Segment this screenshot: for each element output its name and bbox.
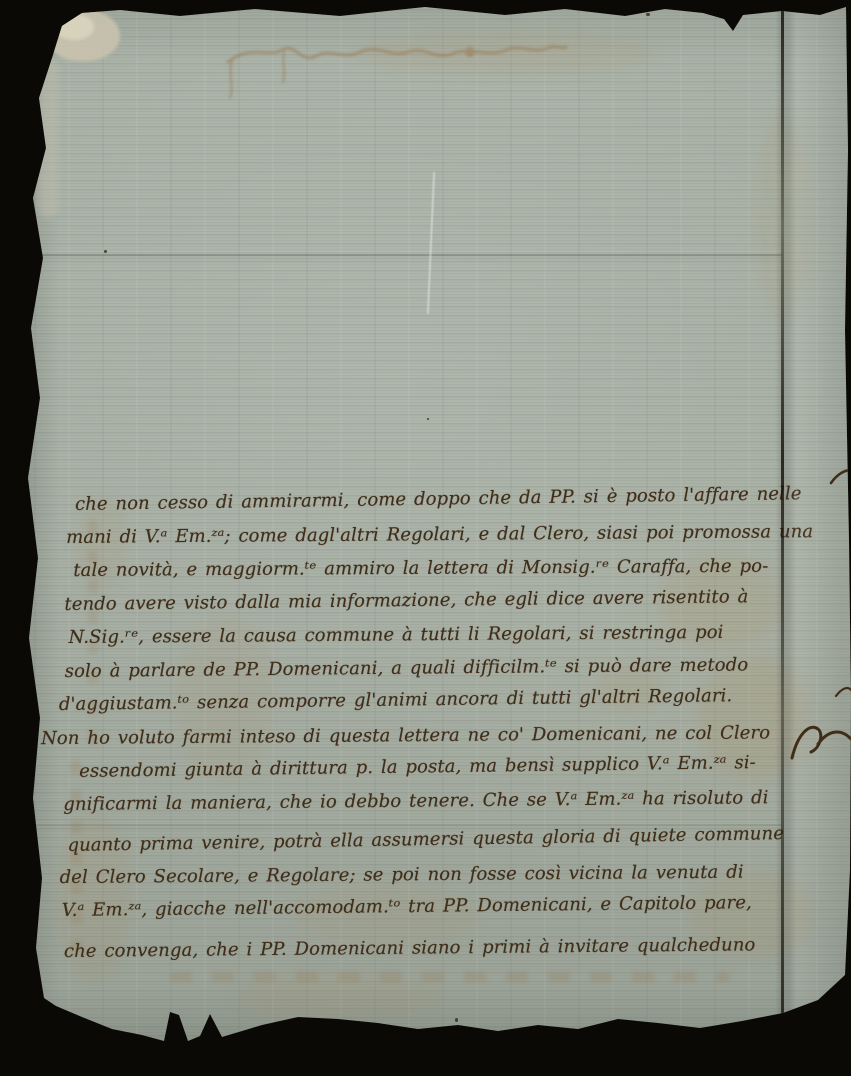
letter-line: d'aggiustam.ᵗᵒ senza comporre gl'animi a… — [59, 685, 733, 715]
letter-line: gnificarmi la maniera, che io debbo tene… — [63, 787, 768, 815]
letter-line: che convenga, che i PP. Domenicani siano… — [64, 934, 756, 962]
letter-line: mani di V.ᵃ Em.ᶻᵃ; come dagl'altri Regol… — [66, 521, 813, 548]
manuscript-scan: che non cesso di ammirarmi, come doppo c… — [0, 0, 851, 1076]
letter-line: che non cesso di ammirarmi, come doppo c… — [75, 483, 802, 515]
letter-line: del Clero Secolare, e Regolare; se poi n… — [60, 862, 744, 888]
letter-line: Non ho voluto farmi inteso di questa let… — [41, 722, 770, 749]
letter-line: V.ᵃ Em.ᶻᵃ, giacche nell'accomodam.ᵗᵒ tra… — [62, 892, 752, 921]
letter-line: essendomi giunta à dirittura p. la posta… — [79, 752, 756, 782]
adjacent-page-sliver — [784, 6, 851, 1014]
fold-crease-vertical — [781, 8, 784, 1016]
letter-text: che non cesso di ammirarmi, come doppo c… — [0, 0, 851, 1076]
letter-line: quanto prima venire, potrà ella assumers… — [67, 823, 784, 856]
letter-line: tale novità, e maggiorm.ᵗᵉ ammiro la let… — [73, 556, 768, 581]
paper-sheet: che non cesso di ammirarmi, come doppo c… — [0, 0, 851, 1076]
letter-line: solo à parlare de PP. Domenicani, a qual… — [65, 654, 749, 682]
paper-curl — [12, 656, 34, 758]
letter-line: tendo avere visto dalla mia informazione… — [64, 586, 748, 615]
letter-line: N.Sig.ʳᵉ, essere la causa commune à tutt… — [69, 622, 724, 648]
